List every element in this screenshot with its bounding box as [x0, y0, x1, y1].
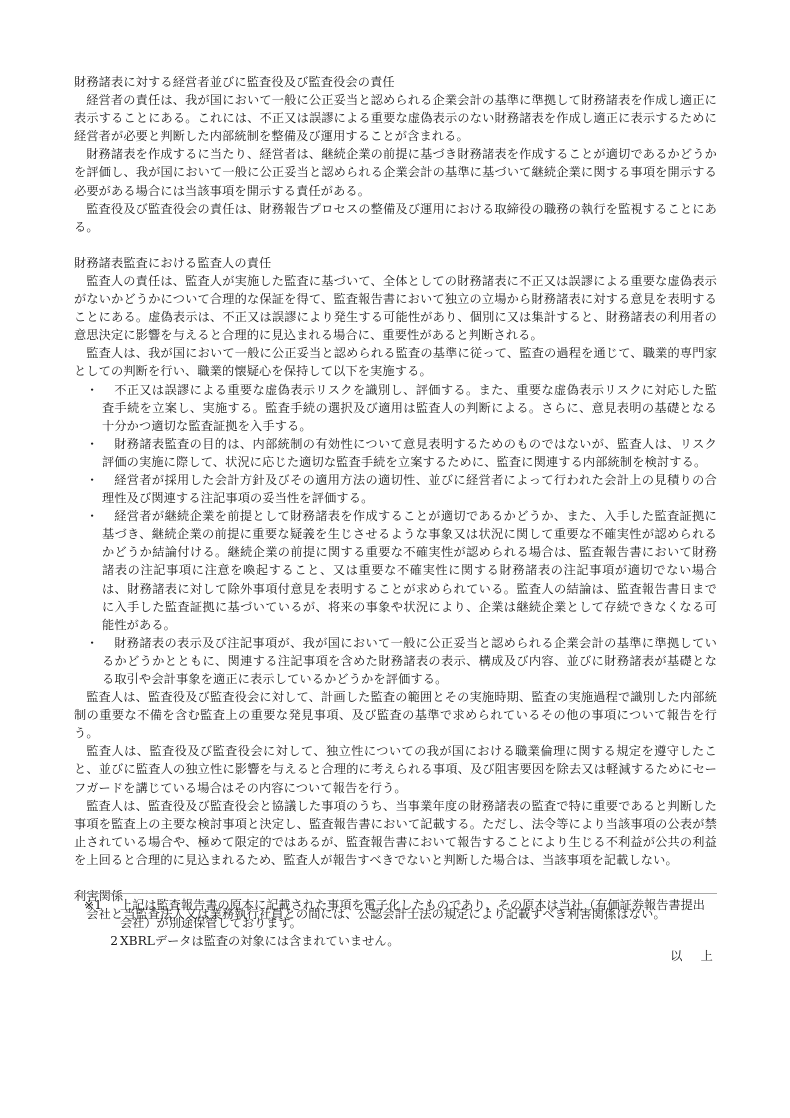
bullet-icon: ・ [86, 507, 98, 525]
list-item: ・ 経営者が継続企業を前提として財務諸表を作成することが適切であるかどうか、また… [74, 507, 717, 634]
footnote-item: 2 XBRLデータは監査の対象には含まれていません。 [94, 932, 717, 950]
paragraph: 監査人は、監査役及び監査役会に対して、計画した監査の範囲とその実施時期、監査の実… [74, 688, 717, 742]
list-item: ・ 財務諸表の表示及び注記事項が、我が国において一般に公正妥当と認められる企業会… [74, 634, 717, 688]
footnote-text: 上記は監査報告書の原本に記載された事項を電子化したものであり、その原本は当社（有… [120, 898, 705, 930]
procedures-list: ・ 不正又は誤謬による重要な虚偽表示リスクを識別し、評価する。また、重要な虚偽表… [74, 381, 717, 689]
list-item-text: 経営者が継続企業を前提として財務諸表を作成することが適切であるかどうか、また、入… [102, 507, 717, 634]
paragraph: 監査人は、監査役及び監査役会に対して、独立性についての我が国における職業倫理に関… [74, 742, 717, 796]
spacer [74, 869, 717, 887]
bullet-icon: ・ [86, 381, 98, 399]
spacer [74, 236, 717, 254]
footnote-divider [74, 893, 717, 894]
paragraph: 監査役及び監査役会の責任は、財務報告プロセスの整備及び運用における取締役の職務の… [74, 200, 717, 236]
section-heading: 財務諸表に対する経営者並びに監査役及び監査役会の責任 [74, 73, 717, 91]
management-responsibility-section: 財務諸表に対する経営者並びに監査役及び監査役会の責任 経営者の責任は、我が国にお… [74, 73, 717, 236]
paragraph: 監査人の責任は、監査人が実施した監査に基づいて、全体としての財務諸表に不正又は誤… [74, 272, 717, 344]
paragraph: 財務諸表を作成するに当たり、経営者は、継続企業の前提に基づき財務諸表を作成するこ… [74, 145, 717, 199]
audit-report-body: 財務諸表に対する経営者並びに監査役及び監査役会の責任 経営者の責任は、我が国にお… [74, 73, 717, 965]
paragraph: 監査人は、監査役及び監査役会と協議した事項のうち、当事業年度の財務諸表の監査で特… [74, 797, 717, 869]
footnote-item: ※1 上記は監査報告書の原本に記載された事項を電子化したものであり、その原本は当… [94, 896, 717, 932]
list-item: ・ 経営者が採用した会計方針及びその適用方法の適切性、並びに経営者によって行われ… [74, 471, 717, 507]
footnotes: ※1 上記は監査報告書の原本に記載された事項を電子化したものであり、その原本は当… [94, 896, 717, 950]
list-item: ・ 財務諸表監査の目的は、内部統制の有効性について意見表明するためのものではない… [74, 435, 717, 471]
footnote-text: XBRLデータは監査の対象には含まれていません。 [120, 934, 399, 948]
footnote-mark: 2 [90, 932, 118, 950]
bullet-icon: ・ [86, 471, 98, 489]
footnote-mark: ※1 [84, 896, 112, 914]
list-item-text: 不正又は誤謬による重要な虚偽表示リスクを識別し、評価する。また、重要な虚偽表示リ… [102, 381, 717, 435]
bullet-icon: ・ [86, 634, 98, 652]
paragraph: 経営者の責任は、我が国において一般に公正妥当と認められる企業会計の基準に準拠して… [74, 91, 717, 145]
paragraph: 監査人は、我が国において一般に公正妥当と認められる監査の基準に従って、監査の過程… [74, 344, 717, 380]
auditor-responsibility-section: 財務諸表監査における監査人の責任 監査人の責任は、監査人が実施した監査に基づいて… [74, 254, 717, 869]
bullet-icon: ・ [86, 435, 98, 453]
section-heading: 財務諸表監査における監査人の責任 [74, 254, 717, 272]
list-item-text: 財務諸表監査の目的は、内部統制の有効性について意見表明するためのものではないが、… [102, 435, 717, 471]
list-item-text: 財務諸表の表示及び注記事項が、我が国において一般に公正妥当と認められる企業会計の… [102, 634, 717, 688]
list-item: ・ 不正又は誤謬による重要な虚偽表示リスクを識別し、評価する。また、重要な虚偽表… [74, 381, 717, 435]
list-item-text: 経営者が採用した会計方針及びその適用方法の適切性、並びに経営者によって行われた会… [102, 471, 717, 507]
